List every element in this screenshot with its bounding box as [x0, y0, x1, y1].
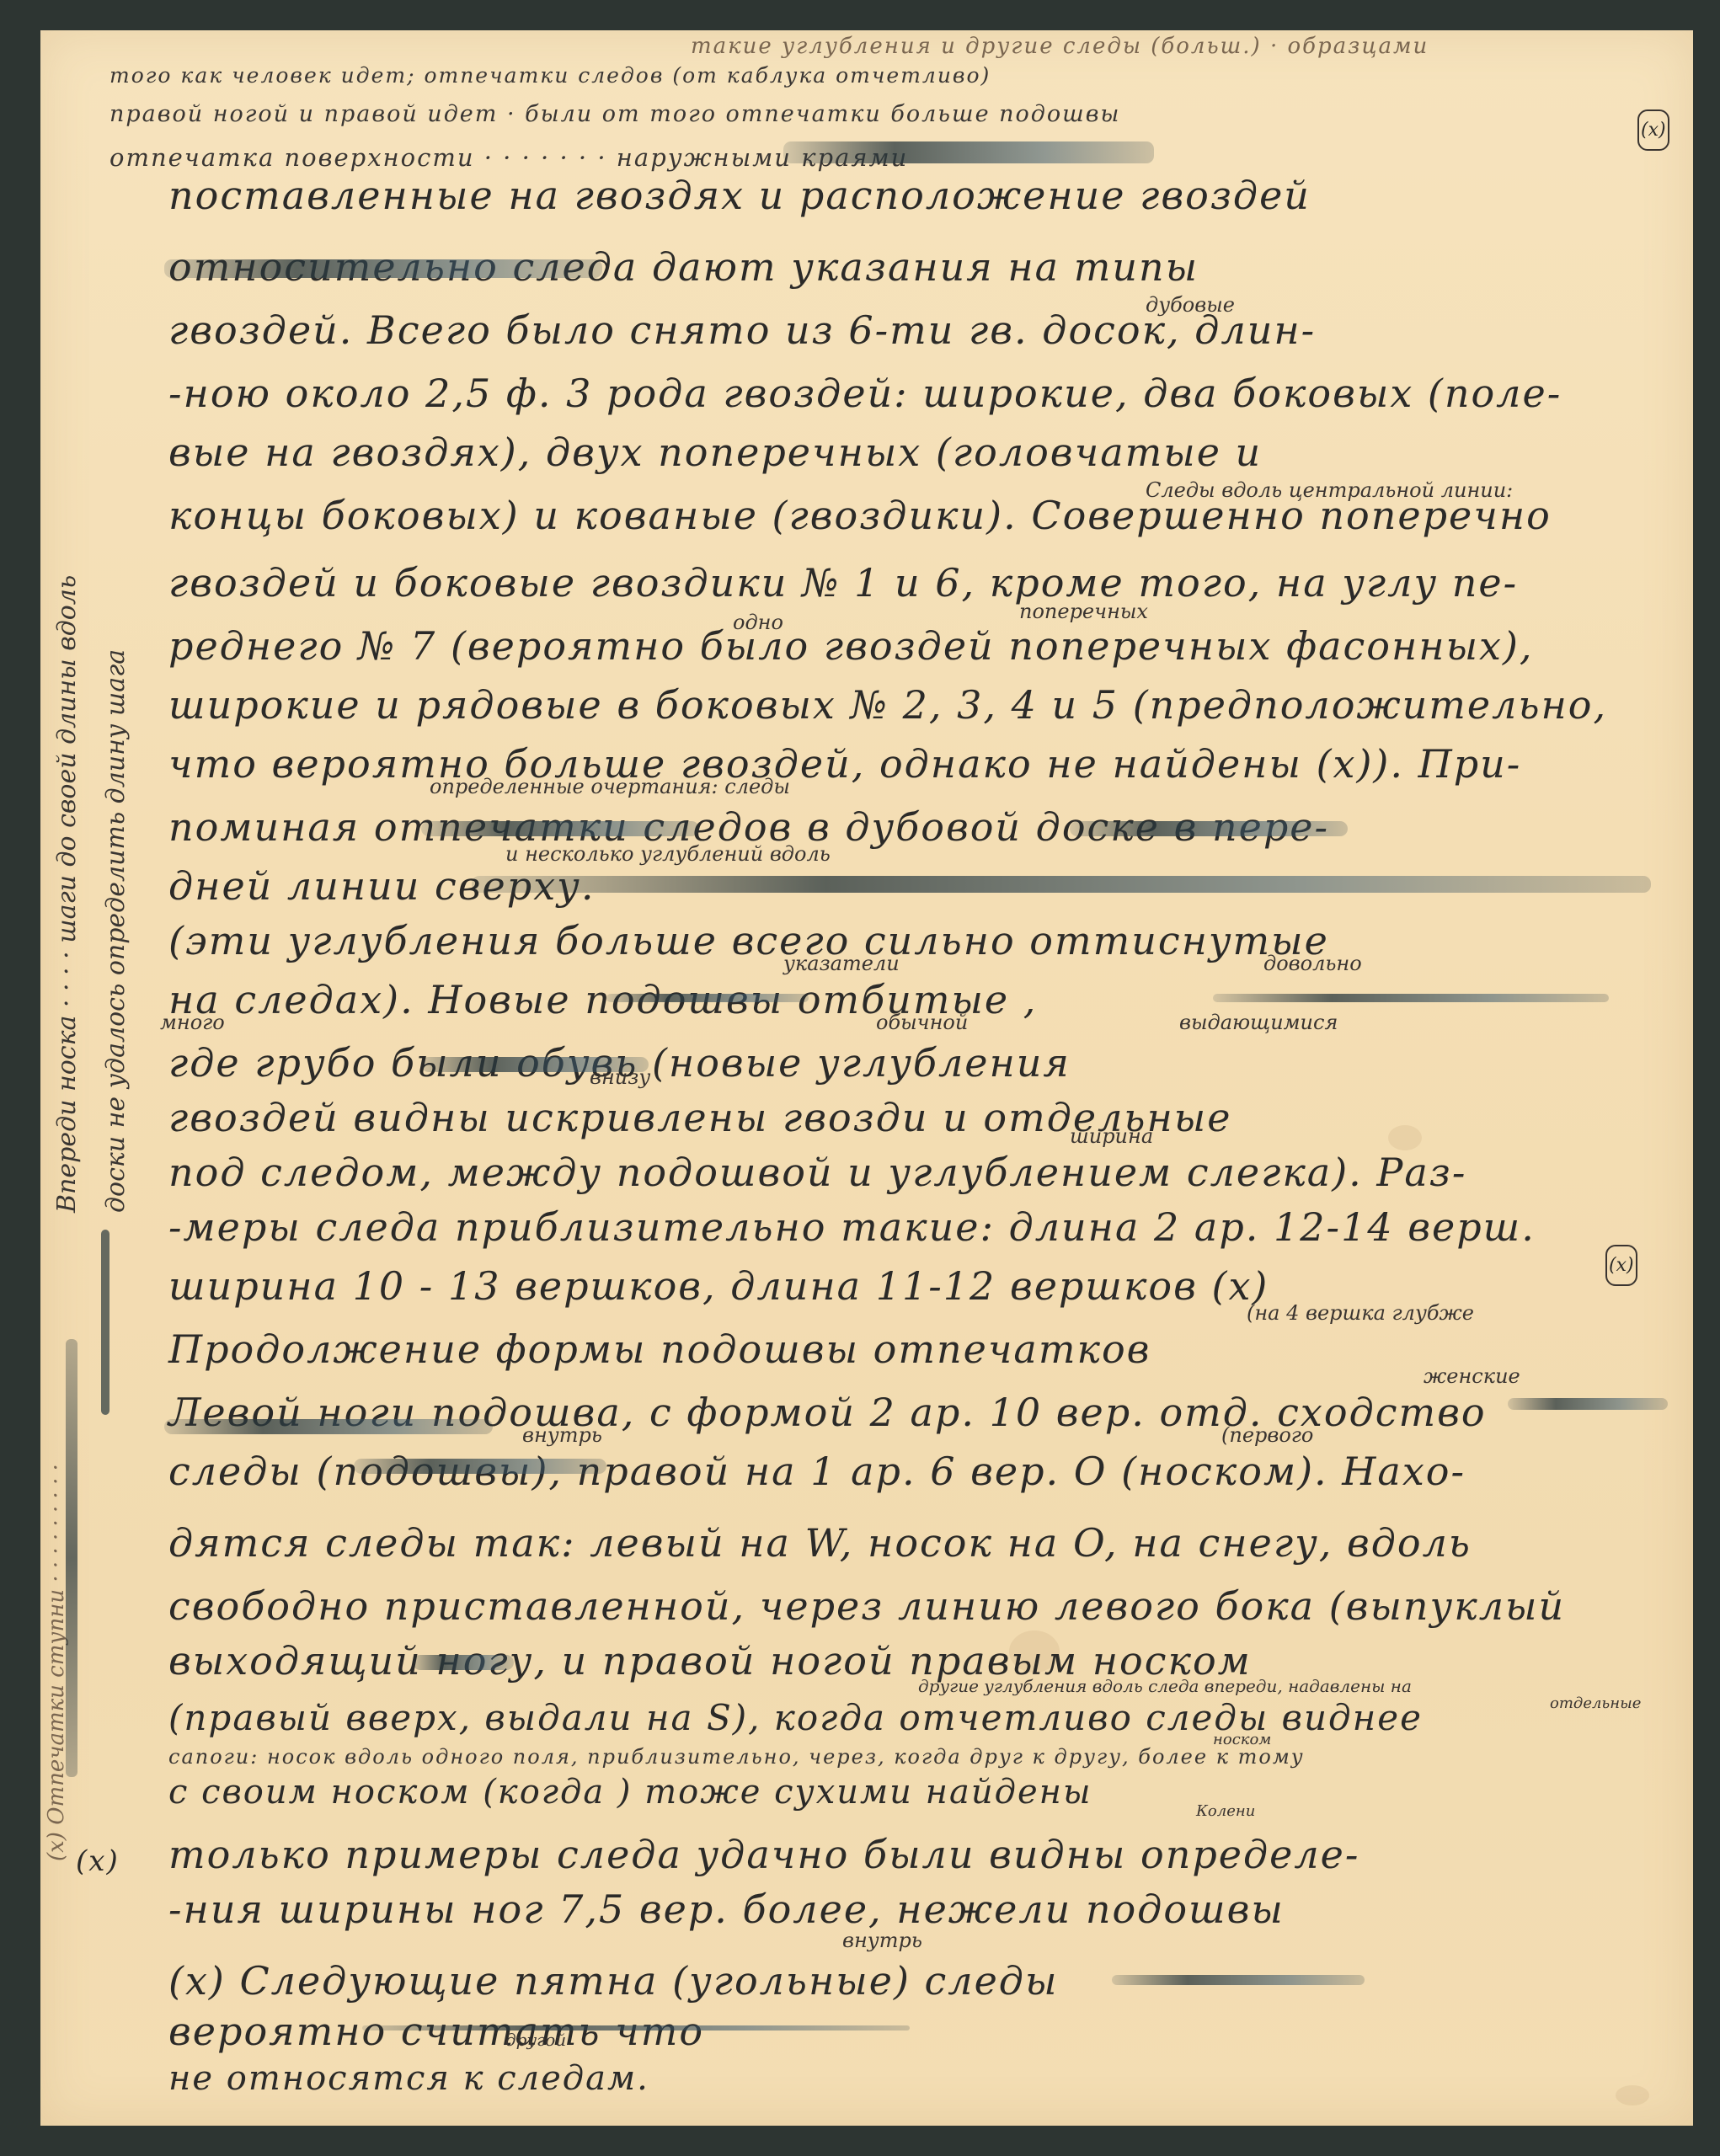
footnote-mark-x: (x): [1605, 1245, 1637, 1286]
interlinear-insertion: внизу: [590, 1065, 650, 1089]
manuscript-line: -ною около 2,5 ф. 3 рода гвоздей: широки…: [168, 371, 1562, 416]
interlinear-insertion: довольно: [1263, 952, 1362, 975]
interlinear-insertion: определенные очертания: следы: [430, 775, 790, 798]
manuscript-line: -меры следа приблизительно такие: длина …: [168, 1204, 1536, 1250]
manuscript-line: дятся следы так: левый на W, носок на O,…: [168, 1520, 1472, 1566]
margin-note-vertical: Впереди носка · · · · шаги до своей длин…: [52, 575, 82, 1213]
interlinear-insertion: дубовые: [1146, 293, 1235, 317]
interlinear-insertion: другой: [505, 2030, 566, 2050]
manuscript-line: под следом, между подошвой и углублением…: [168, 1150, 1466, 1195]
ink-smear: [1112, 1975, 1365, 1985]
interlinear-insertion: одно: [733, 611, 783, 634]
interlinear-insertion: (первого: [1221, 1423, 1313, 1447]
interlinear-insertion: выдающимися: [1179, 1011, 1338, 1034]
ink-smear: [164, 259, 602, 278]
ink-smear: [1213, 994, 1609, 1002]
manuscript-line: широкие и рядовые в боковых № 2, 3, 4 и …: [168, 682, 1607, 728]
interlinear-insertion: женские: [1424, 1364, 1520, 1388]
interlinear-insertion: Следы вдоль центральной линии:: [1146, 478, 1513, 502]
ink-smear: [606, 994, 809, 1002]
manuscript-line: -ния ширины ног 7,5 вер. более, нежели п…: [168, 1886, 1285, 1932]
interlinear-insertion: ширина: [1070, 1124, 1153, 1148]
margin-note-vertical: доски не удалось определить длину шага: [101, 649, 131, 1213]
top-insertion: такие углубления и другие следы (больш.)…: [691, 34, 1429, 59]
interlinear-insertion: и несколько углублений вдоль: [505, 842, 831, 866]
ink-smear: [164, 1419, 493, 1434]
interlinear-insertion: другие углубления вдоль следа впереди, н…: [918, 1676, 1412, 1696]
manuscript-line: (эти углубления больше всего сильно отти…: [168, 918, 1329, 963]
top-insertion: того как человек идет; отпечатки следов …: [110, 63, 991, 88]
manuscript-line: гвоздей. Всего было снято из 6-ти гв. до…: [168, 307, 1316, 353]
manuscript-line: вые на гвоздях), двух поперечных (головч…: [168, 430, 1262, 475]
manuscript-line: сапоги: носок вдоль одного поля, приблиз…: [168, 1745, 1305, 1769]
paper-stain: [1388, 1125, 1422, 1150]
margin-strikethrough: [66, 1339, 77, 1777]
top-insertion: правой ногой и правой идет · были от тог…: [110, 101, 1120, 127]
manuscript-line: не относятся к следам.: [168, 2059, 649, 2098]
interlinear-insertion: много: [160, 1011, 225, 1034]
manuscript-line: свободно приставленной, через линию лево…: [168, 1583, 1565, 1629]
interlinear-insertion: поперечных: [1019, 600, 1148, 623]
interlinear-insertion: указатели: [783, 952, 900, 975]
interlinear-insertion: Колени: [1196, 1802, 1255, 1820]
manuscript-line: Продолжение формы подошвы отпечатков: [168, 1326, 1151, 1372]
manuscript-line: реднего № 7 (вероятно было гвоздей попер…: [168, 623, 1534, 669]
interlinear-insertion: носком: [1213, 1731, 1271, 1748]
footnote-mark-x: (x): [76, 1844, 120, 1878]
manuscript-line: поставленные на гвоздях и расположение г…: [168, 173, 1311, 218]
interlinear-insertion: внутрь: [842, 1929, 922, 1952]
paper-stain: [1616, 2085, 1649, 2105]
ink-smear: [783, 141, 1154, 163]
manuscript-line: с своим носком (когда ) тоже сухими найд…: [168, 1773, 1092, 1812]
ink-smear: [421, 821, 699, 836]
ink-smear: [362, 2025, 910, 2031]
interlinear-insertion: обычной: [876, 1011, 968, 1034]
interlinear-insertion: отдельные: [1550, 1694, 1641, 1712]
ink-smear: [1508, 1398, 1668, 1410]
manuscript-line: ширина 10 - 13 вершков, длина 11-12 верш…: [168, 1263, 1269, 1309]
manuscript-line: только примеры следа удачно были видны о…: [168, 1832, 1359, 1877]
manuscript-line: гвоздей и боковые гвоздики № 1 и 6, кром…: [168, 560, 1518, 606]
ink-smear: [354, 1459, 606, 1474]
footnote-mark-x: (x): [1637, 109, 1669, 151]
manuscript-line: вероятно считать что: [168, 2009, 704, 2054]
manuscript-line: что вероятно больше гвоздей, однако не н…: [168, 741, 1521, 787]
manuscript-line: (x) Следующие пятна (угольные) следы: [168, 1958, 1058, 2004]
interlinear-insertion: (на 4 вершка глубже: [1247, 1301, 1474, 1325]
ink-smear: [1070, 821, 1348, 836]
margin-strikethrough: [101, 1230, 110, 1415]
ink-smear: [413, 1655, 514, 1670]
ink-smear: [472, 876, 1651, 893]
interlinear-insertion: внутрь: [522, 1423, 602, 1447]
